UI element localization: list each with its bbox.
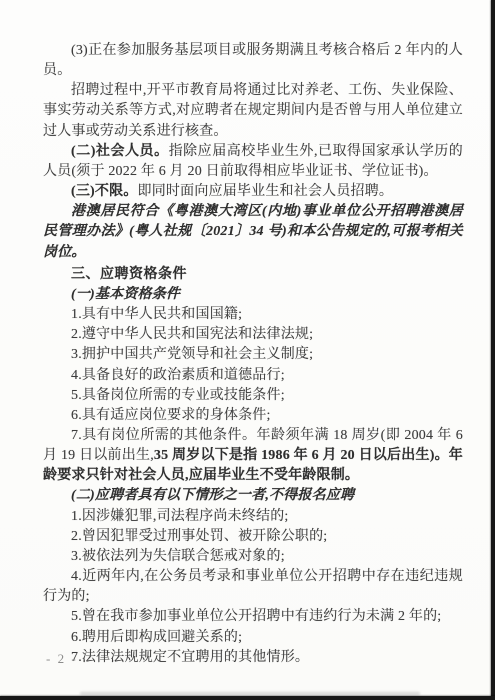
text-run: 三、应聘资格条件: [71, 265, 187, 281]
para-hk-macau-residents: 港澳居民符合《粤港澳大湾区(内地)事业单位公开招聘港澳居民管理办法》(粤人社规〔…: [43, 202, 463, 262]
text-run: 即同时面向应届毕业生和社会人员招聘。: [138, 184, 394, 199]
text-run: (二)应聘者具有以下情形之一者,不得报名应聘: [71, 488, 354, 503]
item-disq-5: 5.曾在我市参加事业单位公开招聘中有违约行为未满 2 年的;: [43, 607, 463, 627]
item-basic-1: 1.具有中华人民共和国国籍;: [43, 305, 463, 325]
text-run: 4.近两年内,在公务员考录和事业单位公开招聘中存在违纪违规行为的;: [43, 569, 463, 604]
text-run: 6.具有适应岗位要求的身体条件;: [71, 408, 271, 423]
text-run: (三)不限。: [71, 184, 138, 199]
item-basic-7: 7.具有岗位所需的其他条件。年龄须年满 18 周岁(即 2004 年 6 月 1…: [43, 426, 463, 486]
item-basic-4: 4.具备良好的政治素质和道德品行;: [43, 366, 463, 386]
item-disq-1: 1.因涉嫌犯罪,司法程序尚未终结的;: [43, 507, 463, 527]
text-run: 4.具备良好的政治素质和道德品行;: [71, 368, 285, 383]
heading-disqualifications: (二)应聘者具有以下情形之一者,不得报名应聘: [43, 486, 463, 506]
text-run: 5.曾在我市参加事业单位公开招聘中有违约行为未满 2 年的;: [71, 609, 441, 624]
item-disq-6: 6.聘用后即构成回避关系的;: [43, 628, 463, 648]
item-basic-6: 6.具有适应岗位要求的身体条件;: [43, 406, 463, 426]
item-disq-7: 7.法律法规规定不宜聘用的其他情形。: [43, 648, 463, 668]
heading-basic-conditions: (一)基本资格条件: [43, 285, 463, 305]
text-run: 6.聘用后即构成回避关系的;: [71, 630, 242, 645]
scan-edge-bottom: [0, 696, 495, 700]
para-no-restriction: (三)不限。即同时面向应届毕业生和社会人员招聘。: [43, 182, 463, 202]
text-run: 5.具备岗位所需的专业或技能条件;: [71, 388, 285, 403]
scan-edge-right: [491, 0, 495, 700]
para-social-personnel: (二)社会人员。指除应届高校毕业生外,已取得国家承认学历的人员(须于 2022 …: [43, 142, 463, 182]
item-basic-5: 5.具备岗位所需的专业或技能条件;: [43, 386, 463, 406]
document-page: (3)正在参加服务基层项目或服务期满且考核合格后 2 年内的人员。招聘过程中,开…: [0, 0, 495, 700]
item-service-program: (3)正在参加服务基层项目或服务期满且考核合格后 2 年内的人员。: [43, 41, 463, 81]
text-run: 1.因涉嫌犯罪,司法程序尚未终结的;: [71, 509, 289, 524]
text-run: (一)基本资格条件: [71, 287, 180, 302]
text-run: 招聘过程中,开平市教育局将通过比对养老、工伤、失业保险、事实劳动关系等方式,对应…: [43, 83, 463, 138]
item-disq-4: 4.近两年内,在公务员考录和事业单位公开招聘中存在违纪违规行为的;: [43, 567, 463, 607]
item-basic-2: 2.遵守中华人民共和国宪法和法律法规;: [43, 325, 463, 345]
heading-section-three: 三、应聘资格条件: [43, 263, 463, 285]
text-run: 3.拥护中国共产党领导和社会主义制度;: [71, 347, 313, 362]
text-run: 2.遵守中华人民共和国宪法和法律法规;: [71, 327, 313, 342]
bleed-through-smudge: [80, 692, 420, 695]
text-run: 1.具有中华人民共和国国籍;: [71, 307, 242, 322]
item-disq-3: 3.被依法列为失信联合惩戒对象的;: [43, 547, 463, 567]
text-run: 港澳居民符合《粤港澳大湾区(内地)事业单位公开招聘港澳居民管理办法》(粤人社规〔…: [43, 204, 463, 259]
para-verification-process: 招聘过程中,开平市教育局将通过比对养老、工伤、失业保险、事实劳动关系等方式,对应…: [43, 81, 463, 141]
text-run: 7.法律法规规定不宜聘用的其他情形。: [71, 650, 309, 665]
page-number: - 2 -: [46, 651, 78, 667]
item-basic-3: 3.拥护中国共产党领导和社会主义制度;: [43, 345, 463, 365]
text-run: 2.曾因犯罪受过刑事处罚、被开除公职的;: [71, 529, 327, 544]
text-run: 3.被依法列为失信联合惩戒对象的;: [71, 549, 285, 564]
document-body: (3)正在参加服务基层项目或服务期满且考核合格后 2 年内的人员。招聘过程中,开…: [43, 41, 463, 668]
item-disq-2: 2.曾因犯罪受过刑事处罚、被开除公职的;: [43, 527, 463, 547]
text-run: (3)正在参加服务基层项目或服务期满且考核合格后 2 年内的人员。: [43, 43, 463, 78]
text-run: (二)社会人员。: [71, 144, 169, 159]
